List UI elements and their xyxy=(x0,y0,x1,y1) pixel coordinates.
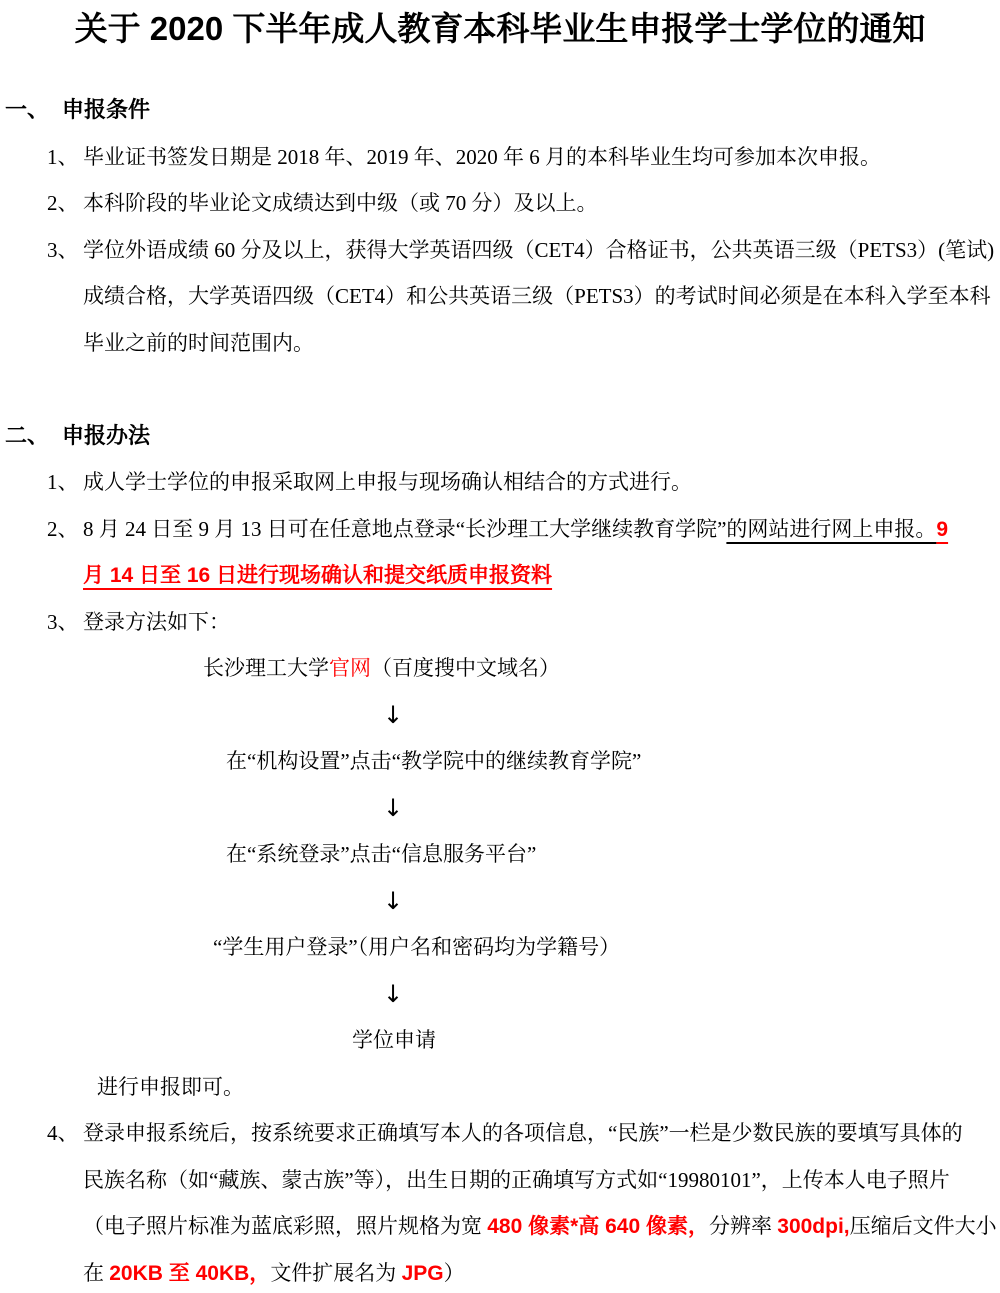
down-arrow-icon: ↓ xyxy=(0,971,1000,1018)
section1-item1-text: 毕业证书签发日期是 2018 年、2019 年、2020 年 6 月的本科毕业生… xyxy=(83,145,881,169)
section2-item1-text: 成人学士学位的申报采取网上申报与现场确认相结合的方式进行。 xyxy=(83,470,692,494)
section2-heading: 二、申报办法 xyxy=(0,413,1000,460)
section1-item1-number: 1、 xyxy=(47,134,79,181)
section1-item2-number: 2、 xyxy=(47,180,79,227)
section1-item3-line2: 成绩合格，大学英语四级（CET4）和公共英语三级（PETS3）的考试时间必须是在… xyxy=(0,273,1000,320)
section2-item2-line2: 月 14 日至 16 日进行现场确认和提交纸质申报资料 xyxy=(0,552,1000,599)
arrow-glyph: ↓ xyxy=(383,794,403,822)
section2-item3-number: 3、 xyxy=(47,599,79,646)
section2-item2-line1: 2、8 月 24 日至 9 月 13 日可在任意地点登录“长沙理工大学继续教育学… xyxy=(0,506,1000,553)
item4-line4-mid: 文件扩展名为 xyxy=(270,1261,401,1285)
document-page: 关于 2020 下半年成人教育本科毕业生申报学士学位的通知 一、申报条件 1、毕… xyxy=(0,0,1000,1293)
section1-item3-text-line2: 成绩合格，大学英语四级（CET4）和公共英语三级（PETS3）的考试时间必须是在… xyxy=(83,284,991,308)
section1-item3-line3: 毕业之前的时间范围内。 xyxy=(0,320,1000,367)
arrow-glyph: ↓ xyxy=(383,887,403,915)
section1-item3-number: 3、 xyxy=(47,227,79,274)
down-arrow-icon: ↓ xyxy=(0,692,1000,739)
arrow-glyph: ↓ xyxy=(383,980,403,1008)
down-arrow-icon: ↓ xyxy=(0,878,1000,925)
flow-tail-label: 进行申报即可。 xyxy=(97,1075,244,1099)
flow-tail-text: 进行申报即可。 xyxy=(0,1064,1000,1111)
section2-item2-number: 2、 xyxy=(47,506,79,553)
flow-step1-pre: 长沙理工大学 xyxy=(203,656,329,680)
flow-step1-post: （百度搜中文域名） xyxy=(371,656,560,680)
section2-item4-text-line1: 登录申报系统后，按系统要求正确填写本人的各项信息，“民族”一栏是少数民族的要填写… xyxy=(83,1121,963,1145)
item4-line3-pre: （电子照片标准为蓝底彩照，照片规格为宽 xyxy=(83,1214,487,1238)
item4-line4-post: ） xyxy=(444,1261,465,1285)
section2-item3: 3、登录方法如下： xyxy=(0,599,1000,646)
flow-step-official-site: 长沙理工大学官网（百度搜中文域名） xyxy=(0,645,1000,692)
section2-item2-text-normal: 8 月 24 日至 9 月 13 日可在任意地点登录“长沙理工大学继续教育学院” xyxy=(83,517,726,541)
item4-jpg-highlight: JPG xyxy=(402,1262,444,1285)
section2-item4-line3: （电子照片标准为蓝底彩照，照片规格为宽 480 像素*高 640 像素，分辨率 … xyxy=(0,1203,1000,1250)
section1-item3-text-line1: 学位外语成绩 60 分及以上，获得大学英语四级（CET4）合格证书，公共英语三级… xyxy=(83,238,994,262)
section2-item2-red-start: 9 xyxy=(936,518,948,541)
down-arrow-icon: ↓ xyxy=(0,785,1000,832)
item4-dpi-highlight: 300dpi, xyxy=(777,1215,849,1238)
section2-item4-line1: 4、登录申报系统后，按系统要求正确填写本人的各项信息，“民族”一栏是少数民族的要… xyxy=(0,1110,1000,1157)
item4-line3-post: 压缩后文件大小 xyxy=(850,1214,997,1238)
section1-item1: 1、毕业证书签发日期是 2018 年、2019 年、2020 年 6 月的本科毕… xyxy=(0,134,1000,181)
section1-item3-line1: 3、学位外语成绩 60 分及以上，获得大学英语四级（CET4）合格证书，公共英语… xyxy=(0,227,1000,274)
item4-filesize-highlight: 20KB 至 40KB， xyxy=(109,1262,270,1285)
section2-item2-text-underlined: 的网站进行网上申报。 xyxy=(726,517,936,541)
flow-step5-text: 学位申请 xyxy=(352,1028,436,1052)
flow-step1-highlight: 官网 xyxy=(329,656,371,680)
section1-item2-text: 本科阶段的毕业论文成绩达到中级（或 70 分）及以上。 xyxy=(83,191,598,215)
item4-line3-mid: 分辨率 xyxy=(709,1214,777,1238)
flow-step-degree-application: 学位申请 xyxy=(0,1017,1000,1064)
section1-item2: 2、本科阶段的毕业论文成绩达到中级（或 70 分）及以上。 xyxy=(0,180,1000,227)
blank-line xyxy=(0,366,1000,413)
flow-step-org-setup: 在“机构设置”点击“教学院中的继续教育学院” xyxy=(0,738,1000,785)
section2-item4-line2: 民族名称（如“藏族、蒙古族”等），出生日期的正确填写方式如“19980101”，… xyxy=(0,1157,1000,1204)
flow-step-student-login: “学生用户登录”（用户名和密码均为学籍号） xyxy=(0,924,1000,971)
arrow-glyph: ↓ xyxy=(383,701,403,729)
section2-heading-label: 申报办法 xyxy=(62,423,150,448)
section1-item3-text-line3: 毕业之前的时间范围内。 xyxy=(83,331,314,355)
section1-heading-label: 申报条件 xyxy=(62,97,150,122)
item4-photo-size-highlight: 480 像素*高 640 像素， xyxy=(487,1215,709,1238)
section1-heading: 一、申报条件 xyxy=(0,87,1000,134)
flow-step4-text: “学生用户登录”（用户名和密码均为学籍号） xyxy=(213,935,620,959)
section2-item4-line4: 在 20KB 至 40KB，文件扩展名为 JPG） xyxy=(0,1250,1000,1293)
flow-step-system-login: 在“系统登录”点击“信息服务平台” xyxy=(0,831,1000,878)
item4-line4-pre: 在 xyxy=(83,1261,109,1285)
section2-heading-number: 二、 xyxy=(5,413,49,460)
section1-heading-number: 一、 xyxy=(5,87,49,134)
section2-item2-red-line2: 月 14 日至 16 日进行现场确认和提交纸质申报资料 xyxy=(83,564,552,587)
doc-title: 关于 2020 下半年成人教育本科毕业生申报学士学位的通知 xyxy=(0,0,1000,87)
section2-item1: 1、成人学士学位的申报采取网上申报与现场确认相结合的方式进行。 xyxy=(0,459,1000,506)
section2-item1-number: 1、 xyxy=(47,459,79,506)
flow-step2-text: 在“机构设置”点击“教学院中的继续教育学院” xyxy=(226,749,641,773)
flow-step3-text: 在“系统登录”点击“信息服务平台” xyxy=(226,842,536,866)
section2-item4-number: 4、 xyxy=(47,1110,79,1157)
section2-item3-text: 登录方法如下： xyxy=(83,610,230,634)
section2-item4-text-line2: 民族名称（如“藏族、蒙古族”等），出生日期的正确填写方式如“19980101”，… xyxy=(83,1168,950,1192)
